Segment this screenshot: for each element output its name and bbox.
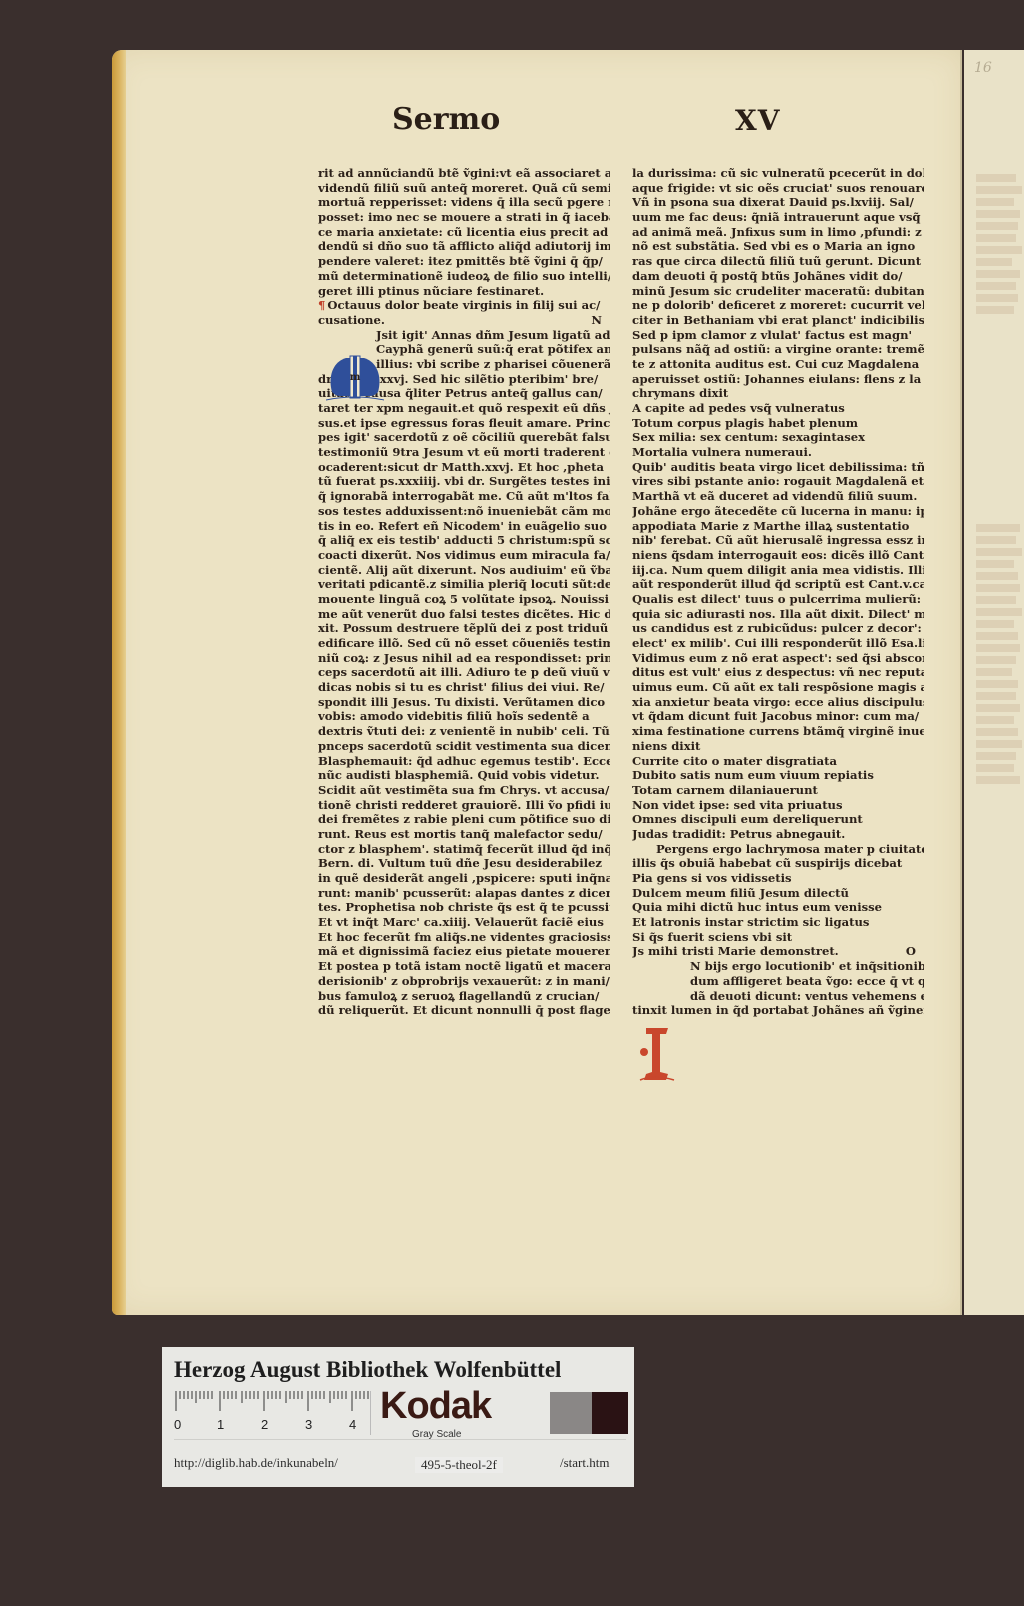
text-line: Currite cito o mater disgratiata bbox=[632, 754, 924, 769]
text-line: appodiata Marie z Marthe illaꝝ sustentat… bbox=[632, 519, 924, 534]
text-line: bus famuloꝝ z seruoꝝ flagellandũ z cruci… bbox=[318, 989, 610, 1004]
ruler-number: 1 bbox=[217, 1417, 224, 1432]
text-line: dendũ si dño suo tã afflicto aliq̃d adiu… bbox=[318, 239, 610, 254]
text-line: pes igit' sacerdotũ z oẽ cõciliũ querebã… bbox=[318, 430, 610, 445]
text-line: rit ad annũciandũ btẽ ṽgini:vt eã associ… bbox=[318, 166, 610, 181]
text-line: dicas nobis si tu es christ' filius dei … bbox=[318, 680, 610, 695]
text-line: edificare illõ. Sed cũ nõ esset cõueniẽs… bbox=[318, 636, 610, 651]
text-line: Et hoc fecerũt fm aliq̃s.ne videntes gra… bbox=[318, 930, 610, 945]
text-line: tionẽ christi redderet grauiorẽ. Illi ṽo… bbox=[318, 798, 610, 813]
ruler-number: 4 bbox=[349, 1417, 356, 1432]
text-line: Totum corpus plagis habet plenum bbox=[632, 416, 924, 431]
text-line: uum me fac deus: q̃niã intrauerunt aque … bbox=[632, 210, 924, 225]
decorated-initial-blue-icon: m bbox=[326, 352, 384, 404]
text-line: N bijs ergo locutionib' et inq̃sitionib' bbox=[632, 959, 924, 974]
text-line: ctor z blasphem'. statimq̃ fecerũt illud… bbox=[318, 842, 610, 857]
text-line: q̃ ignorabã interrogabãt me. Cũ aũt m'lt… bbox=[318, 489, 610, 504]
facing-page-folio: 16 bbox=[974, 60, 992, 76]
bleed-through-text-2 bbox=[964, 520, 1024, 788]
text-line: vt q̃dam dicunt fuit Jacobus minor: cum … bbox=[632, 709, 924, 724]
shelfmark: 495-5-theol-2f bbox=[415, 1457, 503, 1473]
card-divider bbox=[174, 1439, 626, 1440]
text-line: vobis: amodo videbitis filiũ hoĩs sedent… bbox=[318, 709, 610, 724]
ruler-number: 3 bbox=[305, 1417, 312, 1432]
text-line: Vñ in psona sua dixerat Dauid ps.lxviij.… bbox=[632, 195, 924, 210]
text-line: Non videt ipse: sed vita priuatus bbox=[632, 798, 924, 813]
text-line: Js mihi tristi Marie demonstret.O bbox=[632, 944, 924, 959]
text-line: pendere valeret: itez pmittẽs btẽ ṽgini … bbox=[318, 254, 610, 269]
gutter-line bbox=[960, 50, 962, 1315]
text-line: minũ Jesum sic crudeliter maceratũ: dubi… bbox=[632, 284, 924, 299]
text-line: derisionib' z obprobrijs vexauerũt: z in… bbox=[318, 974, 610, 989]
text-line: Scidit aũt vestimẽta sua fm Chrys. vt ac… bbox=[318, 783, 610, 798]
text-line: mouente linguã coꝝ 5 volũtate ipsoꝝ. Nou… bbox=[318, 592, 610, 607]
text-line: dũ reliquerũt. Et dicunt nonnulli q̄ pos… bbox=[318, 1003, 610, 1018]
text-line: Mortalia vulnera numeraui. bbox=[632, 445, 924, 460]
section-mark: N bbox=[591, 313, 602, 328]
text-line: us candidus est z rubicũdus: pulcer z de… bbox=[632, 621, 924, 636]
rubric-pilcrow-icon: ¶ bbox=[318, 298, 325, 312]
text-line: me aũt venerũt duo falsi testes dicẽtes.… bbox=[318, 607, 610, 622]
text-line: Si q̃s fuerit sciens vbi sit bbox=[632, 930, 924, 945]
url-suffix: /start.htm bbox=[560, 1455, 609, 1471]
library-name: Herzog August Bibliothek Wolfenbüttel bbox=[174, 1357, 561, 1383]
text-line: dam deuoti q̄ postq̃ btũs Johãnes vidit … bbox=[632, 269, 924, 284]
gray-swatch bbox=[550, 1392, 592, 1434]
text-line: tũ fuerat ps.xxxiiij. vbi dr. Surgẽtes t… bbox=[318, 474, 610, 489]
text-line: spondit illi Jesus. Tu dixisti. Verũtame… bbox=[318, 695, 610, 710]
text-line: dextris ṽtuti dei: z venientẽ in nubib' … bbox=[318, 724, 610, 739]
left-text-column: rit ad annũciandũ btẽ ṽgini:vt eã associ… bbox=[318, 166, 610, 1018]
text-line: runt: manib' pcusserũt: alapas dantes z … bbox=[318, 886, 610, 901]
text-line: aperuisset ostiũ: Johannes eiulans: flen… bbox=[632, 372, 924, 387]
text-line: Johãne ergo ãtecedẽte cũ lucerna in manu… bbox=[632, 504, 924, 519]
text-line: te z attonita auditus est. Cui cuz Magda… bbox=[632, 357, 924, 372]
text-line: in quẽ desiderãt angeli ,pspicere: sputi… bbox=[318, 871, 610, 886]
facing-page-edge: 16 bbox=[964, 50, 1024, 1315]
text-line: mũ determinationẽ iudeoꝝ de filio suo in… bbox=[318, 269, 610, 284]
text-line: vires sibi pstante anio: rogauit Magdale… bbox=[632, 474, 924, 489]
text-line: Quia mihi dictũ huc intus eum venisse bbox=[632, 900, 924, 915]
text-line: mã et dignissimã faciez eius pietate mou… bbox=[318, 944, 610, 959]
text-line: Et latronis instar strictim sic ligatus bbox=[632, 915, 924, 930]
text-line: niens q̃sdam interrogauit eos: dicẽs ill… bbox=[632, 548, 924, 563]
text-line: ce maria anxietate: cũ licentia eius pre… bbox=[318, 225, 610, 240]
text-line: illis q̃s obuiã habebat cũ suspirijs dic… bbox=[632, 856, 924, 871]
text-line: Et postea p totã istam noctẽ ligatũ et m… bbox=[318, 959, 610, 974]
text-line: ne p dolorib' deficeret z moreret: cucur… bbox=[632, 298, 924, 313]
text-line: Pia gens si vos vidissetis bbox=[632, 871, 924, 886]
text-line: nõ est substãtia. Sed vbi es o Maria an … bbox=[632, 239, 924, 254]
text-line: Et vt inq̃t Marc' ca.xiiij. Velauerũt fa… bbox=[318, 915, 610, 930]
text-line: testimoniũ 9tra Jesum vt eũ morti trader… bbox=[318, 445, 610, 460]
text-line: Sed p ipm clamor z vlulat' factus est ma… bbox=[632, 328, 924, 343]
text-line: cientẽ. Alij aũt dixerunt. Nos audiuim' … bbox=[318, 563, 610, 578]
text-line: Marthã vt eã duceret ad videndũ filiũ su… bbox=[632, 489, 924, 504]
text-line: tinxit lumen in q̃d portabat Johãnes añ … bbox=[632, 1003, 924, 1018]
text-line: Bern. di. Vultum tuũ dñe Jesu desiderabi… bbox=[318, 856, 610, 871]
text-line: runt. Reus est mortis tanq̃ malefactor s… bbox=[318, 827, 610, 842]
text-line: la durissima: cũ sic vulneratũ pcecerũt … bbox=[632, 166, 924, 181]
text-line: ditus est vult' eius z despectus: vñ nec… bbox=[632, 665, 924, 680]
url-base: http://diglib.hab.de/inkunabeln/ bbox=[174, 1455, 338, 1471]
text-line: Pergens ergo lachrymosa mater p ciuitate… bbox=[632, 842, 924, 857]
text-line: Dubito satis num eum viuum repiatis bbox=[632, 768, 924, 783]
text-line: aũt responderũt illud q̃d scriptũ est Ca… bbox=[632, 577, 924, 592]
text-line: Omnes discipuli eum dereliquerunt bbox=[632, 812, 924, 827]
text-line: q̄ aliq̃ ex eis testib' adducti 5 christ… bbox=[318, 533, 610, 548]
text-line: xia anxietur beata virgo: ecce alius dis… bbox=[632, 695, 924, 710]
ruler-number: 2 bbox=[261, 1417, 268, 1432]
text-line: veritati pdicantẽ.z similia pleriq̃ locu… bbox=[318, 577, 610, 592]
text-line: Blasphemauit: q̃d adhuc egemus testib'. … bbox=[318, 754, 610, 769]
text-line: coacti dixerũt. Nos vidimus eum miracula… bbox=[318, 548, 610, 563]
text-line: sos testes adduxissent:nõ inueniebãt cãm… bbox=[318, 504, 610, 519]
section-mark: O bbox=[906, 944, 916, 959]
right-text-column: la durissima: cũ sic vulneratũ pcecerũt … bbox=[632, 166, 924, 1018]
text-line: niens dixit bbox=[632, 739, 924, 754]
text-line: uimus eum. Cũ aũt ex tali respõsione mag… bbox=[632, 680, 924, 695]
scale-ruler: 0 1 2 3 4 bbox=[174, 1391, 371, 1435]
dark-swatch bbox=[592, 1392, 628, 1434]
text-line: Dulcem meum filiũ Jesum dilectũ bbox=[632, 886, 924, 901]
folio-number: XV bbox=[735, 104, 780, 137]
text-line: iij.ca. Num quem diligit ania mea vidist… bbox=[632, 563, 924, 578]
text-line: geret illi ptinus nũciare festinaret. bbox=[318, 284, 610, 299]
text-line: Jsit igit' Annas dñm Jesum ligatũ ad bbox=[318, 328, 610, 343]
kodak-logo: Kodak bbox=[380, 1385, 491, 1428]
text-line: sus.et ipse egressus foras fleuit amare.… bbox=[318, 416, 610, 431]
text-line: nũc audisti blasphemiã. Quid vobis videt… bbox=[318, 768, 610, 783]
text-line: ocaderent:sicut dr Matth.xxvj. Et hoc ,p… bbox=[318, 460, 610, 475]
text-line: posset: imo nec se mouere a strati in q̃… bbox=[318, 210, 610, 225]
ruler-number: 0 bbox=[174, 1417, 181, 1432]
text-line: niũ coꝝ: z Jesus nihil ad ea respondisse… bbox=[318, 651, 610, 666]
text-line: citer in Bethaniam vbi erat planct' indi… bbox=[632, 313, 924, 328]
bleed-through-text bbox=[964, 170, 1024, 318]
text-line: tis in eo. Refert eñ Nicodem' in euãgeli… bbox=[318, 519, 610, 534]
text-line: aque frigide: vt sic oẽs cruciat' suos r… bbox=[632, 181, 924, 196]
text-line: videndũ filiũ suũ anteq̃ moreret. Quã cũ… bbox=[318, 181, 610, 196]
text-line: chrymans dixit bbox=[632, 386, 924, 401]
text-line: ¶Octauus dolor beate virginis in filij s… bbox=[318, 298, 610, 313]
text-line: Qualis est dilect' tuus o pulcerrima mul… bbox=[632, 592, 924, 607]
running-title: Sermo bbox=[392, 102, 500, 137]
text-line: Sex milia: sex centum: sexagintasex bbox=[632, 430, 924, 445]
text-line: nib' ferebat. Cũ aũt hierusalẽ ingressa … bbox=[632, 533, 924, 548]
text-line: Totam carnem dilaniauerunt bbox=[632, 783, 924, 798]
text-line: elect' ex milib'. Cui illi responderũt i… bbox=[632, 636, 924, 651]
text-line: xima festinatione currens btãmq̃ virginẽ… bbox=[632, 724, 924, 739]
text-line: Judas tradidit: Petrus abnegauit. bbox=[632, 827, 924, 842]
text-line: ad animã meã. Jnfixus sum in limo ,pfund… bbox=[632, 225, 924, 240]
text-line: Vidimus eum z nõ erat aspect': sed q̃si … bbox=[632, 651, 924, 666]
text-line: cusatione.N bbox=[318, 313, 610, 328]
text-line: dã deuoti dicunt: ventus vehemens ex/ bbox=[632, 989, 924, 1004]
text-line: dum affligeret beata ṽgo: ecce q̄ vt qui bbox=[632, 974, 924, 989]
text-line: A capite ad pedes vsq̃ vulneratus bbox=[632, 401, 924, 416]
ruler-numbers: 0 1 2 3 4 bbox=[174, 1417, 370, 1433]
ruler-ticks-icon bbox=[174, 1391, 370, 1413]
svg-text:m: m bbox=[350, 372, 361, 383]
decorated-initial-red-icon bbox=[636, 1024, 676, 1082]
text-line: xit. Possum destruere tẽplũ dei z post t… bbox=[318, 621, 610, 636]
text-line: pnceps sacerdotũ scidit vestimenta sua d… bbox=[318, 739, 610, 754]
text-line: dei fremẽtes z rabie pleni cum põtifice … bbox=[318, 812, 610, 827]
library-label-card: Herzog August Bibliothek Wolfenbüttel bbox=[162, 1347, 634, 1487]
text-line: quia sic adiurasti nos. Illa aũt dixit. … bbox=[632, 607, 924, 622]
text-line: tes. Prophetisa nob christe q̃s est q̃ t… bbox=[318, 900, 610, 915]
text-line: Quib' auditis beata virgo licet debiliss… bbox=[632, 460, 924, 475]
text-line: mortuã repperisset: videns q̄ illa secũ … bbox=[318, 195, 610, 210]
text-line: pulsans nãq̃ ad ostiũ: a virgine orante:… bbox=[632, 342, 924, 357]
text-line: ceps sacerdotũ ait illi. Adiuro te p deũ… bbox=[318, 665, 610, 680]
text-line: ras que circa dilectũ filiũ tuũ gerunt. … bbox=[632, 254, 924, 269]
page-edge bbox=[112, 50, 126, 1315]
